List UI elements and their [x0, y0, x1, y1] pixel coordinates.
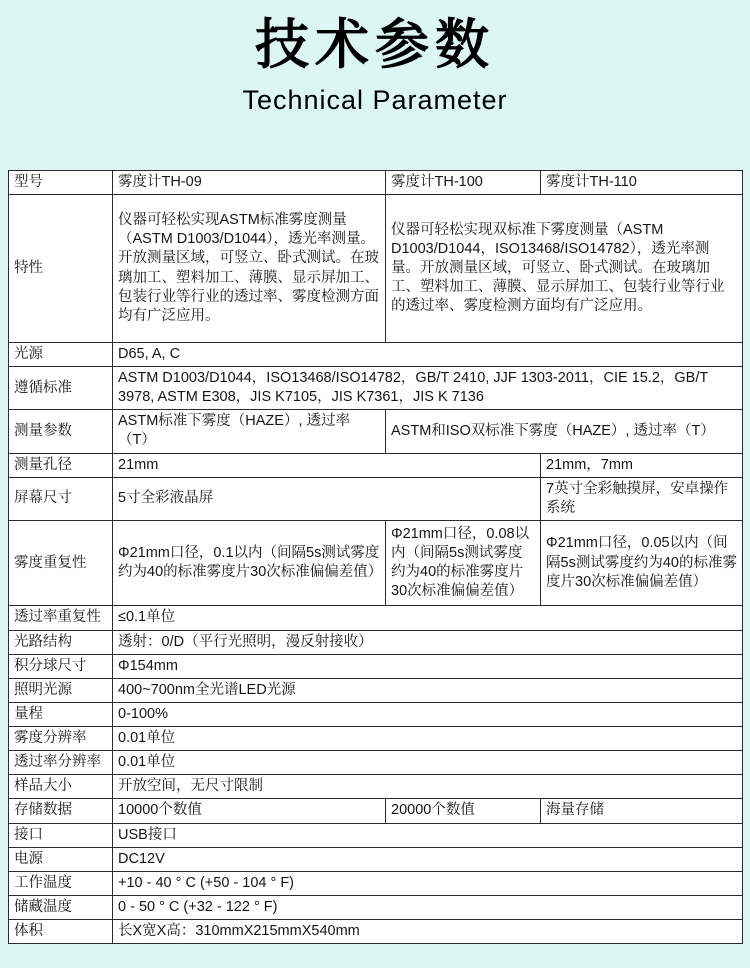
- table-row: 量程0-100%: [9, 702, 743, 726]
- table-row: 型号雾度计TH-09雾度计TH-100雾度计TH-110: [9, 171, 743, 195]
- table-row: 储藏温度0 - 50 ° C (+32 - 122 ° F): [9, 895, 743, 919]
- row-label: 屏幕尺寸: [9, 477, 113, 520]
- page-subtitle: Technical Parameter: [0, 86, 750, 116]
- spec-cell: Φ21mm口径，0.1以内（间隔5s测试雾度约为40的标准雾度片30次标准偏偏差…: [113, 520, 386, 606]
- row-label: 样品大小: [9, 775, 113, 799]
- row-label: 透过率分辨率: [9, 751, 113, 775]
- spec-cell: Φ154mm: [113, 654, 743, 678]
- row-label: 特性: [9, 195, 113, 343]
- row-label: 雾度分辨率: [9, 727, 113, 751]
- row-label: 电源: [9, 847, 113, 871]
- row-label: 测量孔径: [9, 453, 113, 477]
- spec-cell: DC12V: [113, 847, 743, 871]
- spec-cell: 长X宽X高：310mmX215mmX540mm: [113, 920, 743, 944]
- spec-cell: D65, A, C: [113, 342, 743, 366]
- row-label: 型号: [9, 171, 113, 195]
- spec-cell: 透射：0/D（平行光照明，漫反射接收）: [113, 630, 743, 654]
- row-label: 遵循标准: [9, 367, 113, 410]
- row-label: 接口: [9, 823, 113, 847]
- spec-cell: 海量存储: [541, 799, 743, 823]
- table-row: 照明光源400~700nm全光谱LED光源: [9, 678, 743, 702]
- spec-cell: 雾度计TH-100: [386, 171, 541, 195]
- spec-cell: 0-100%: [113, 702, 743, 726]
- spec-cell: 仪器可轻松实现ASTM标准雾度测量（ASTM D1003/D1044），透光率测…: [113, 195, 386, 343]
- spec-cell: 5寸全彩液晶屏: [113, 477, 541, 520]
- spec-cell: 雾度计TH-09: [113, 171, 386, 195]
- table-row: 体积长X宽X高：310mmX215mmX540mm: [9, 920, 743, 944]
- table-row: 存储数据10000个数值20000个数值海量存储: [9, 799, 743, 823]
- spec-cell: 21mm，7mm: [541, 453, 743, 477]
- table-row: 工作温度+10 - 40 ° C (+50 - 104 ° F): [9, 871, 743, 895]
- spec-cell: 21mm: [113, 453, 541, 477]
- table-row: 样品大小开放空间，无尺寸限制: [9, 775, 743, 799]
- table-row: 光路结构透射：0/D（平行光照明，漫反射接收）: [9, 630, 743, 654]
- spec-cell: +10 - 40 ° C (+50 - 104 ° F): [113, 871, 743, 895]
- spec-cell: 400~700nm全光谱LED光源: [113, 678, 743, 702]
- spec-cell: 雾度计TH-110: [541, 171, 743, 195]
- table-row: 积分球尺寸Φ154mm: [9, 654, 743, 678]
- table-row: 光源D65, A, C: [9, 342, 743, 366]
- table-row: 电源DC12V: [9, 847, 743, 871]
- spec-cell: 仪器可轻松实现双标准下雾度测量（ASTM D1003/D1044，ISO1346…: [386, 195, 743, 343]
- technical-parameter-page: 技术参数 Technical Parameter 型号雾度计TH-09雾度计TH…: [0, 0, 750, 968]
- table-row: 测量参数ASTM标准下雾度（HAZE）, 透过率（T）ASTM和ISO双标准下雾…: [9, 410, 743, 453]
- spec-cell: ASTM和ISO双标准下雾度（HAZE）, 透过率（T）: [386, 410, 743, 453]
- table-row: 透过率重复性≤0.1单位: [9, 606, 743, 630]
- spec-cell: 0.01单位: [113, 727, 743, 751]
- table-row: 雾度分辨率0.01单位: [9, 727, 743, 751]
- table-row: 透过率分辨率0.01单位: [9, 751, 743, 775]
- spec-cell: Φ21mm口径，0.05以内（间隔5s测试雾度约为40的标准雾度片30次标准偏偏…: [541, 520, 743, 606]
- spec-cell: ASTM D1003/D1044，ISO13468/ISO14782，GB/T …: [113, 367, 743, 410]
- spec-cell: USB接口: [113, 823, 743, 847]
- page-title: 技术参数: [0, 14, 750, 76]
- spec-table: 型号雾度计TH-09雾度计TH-100雾度计TH-110特性仪器可轻松实现AST…: [8, 170, 743, 944]
- spec-cell: 20000个数值: [386, 799, 541, 823]
- spec-cell: Φ21mm口径，0.08以内（间隔5s测试雾度约为40的标准雾度片30次标准偏偏…: [386, 520, 541, 606]
- spec-cell: 0.01单位: [113, 751, 743, 775]
- row-label: 透过率重复性: [9, 606, 113, 630]
- table-row: 屏幕尺寸5寸全彩液晶屏7英寸全彩触摸屏，安卓操作系统: [9, 477, 743, 520]
- row-label: 照明光源: [9, 678, 113, 702]
- row-label: 积分球尺寸: [9, 654, 113, 678]
- spec-cell: ≤0.1单位: [113, 606, 743, 630]
- table-row: 雾度重复性Φ21mm口径，0.1以内（间隔5s测试雾度约为40的标准雾度片30次…: [9, 520, 743, 606]
- spec-table-container: 型号雾度计TH-09雾度计TH-100雾度计TH-110特性仪器可轻松实现AST…: [8, 170, 742, 944]
- spec-cell: ASTM标准下雾度（HAZE）, 透过率（T）: [113, 410, 386, 453]
- spec-cell: 7英寸全彩触摸屏，安卓操作系统: [541, 477, 743, 520]
- table-row: 遵循标准ASTM D1003/D1044，ISO13468/ISO14782，G…: [9, 367, 743, 410]
- spec-cell: 0 - 50 ° C (+32 - 122 ° F): [113, 895, 743, 919]
- spec-table-body: 型号雾度计TH-09雾度计TH-100雾度计TH-110特性仪器可轻松实现AST…: [9, 171, 743, 944]
- row-label: 体积: [9, 920, 113, 944]
- spec-cell: 开放空间，无尺寸限制: [113, 775, 743, 799]
- row-label: 雾度重复性: [9, 520, 113, 606]
- table-row: 特性仪器可轻松实现ASTM标准雾度测量（ASTM D1003/D1044），透光…: [9, 195, 743, 343]
- row-label: 光源: [9, 342, 113, 366]
- row-label: 量程: [9, 702, 113, 726]
- table-row: 接口USB接口: [9, 823, 743, 847]
- row-label: 存储数据: [9, 799, 113, 823]
- row-label: 工作温度: [9, 871, 113, 895]
- table-row: 测量孔径21mm21mm，7mm: [9, 453, 743, 477]
- row-label: 光路结构: [9, 630, 113, 654]
- row-label: 储藏温度: [9, 895, 113, 919]
- row-label: 测量参数: [9, 410, 113, 453]
- spec-cell: 10000个数值: [113, 799, 386, 823]
- page-header: 技术参数 Technical Parameter: [0, 0, 750, 116]
